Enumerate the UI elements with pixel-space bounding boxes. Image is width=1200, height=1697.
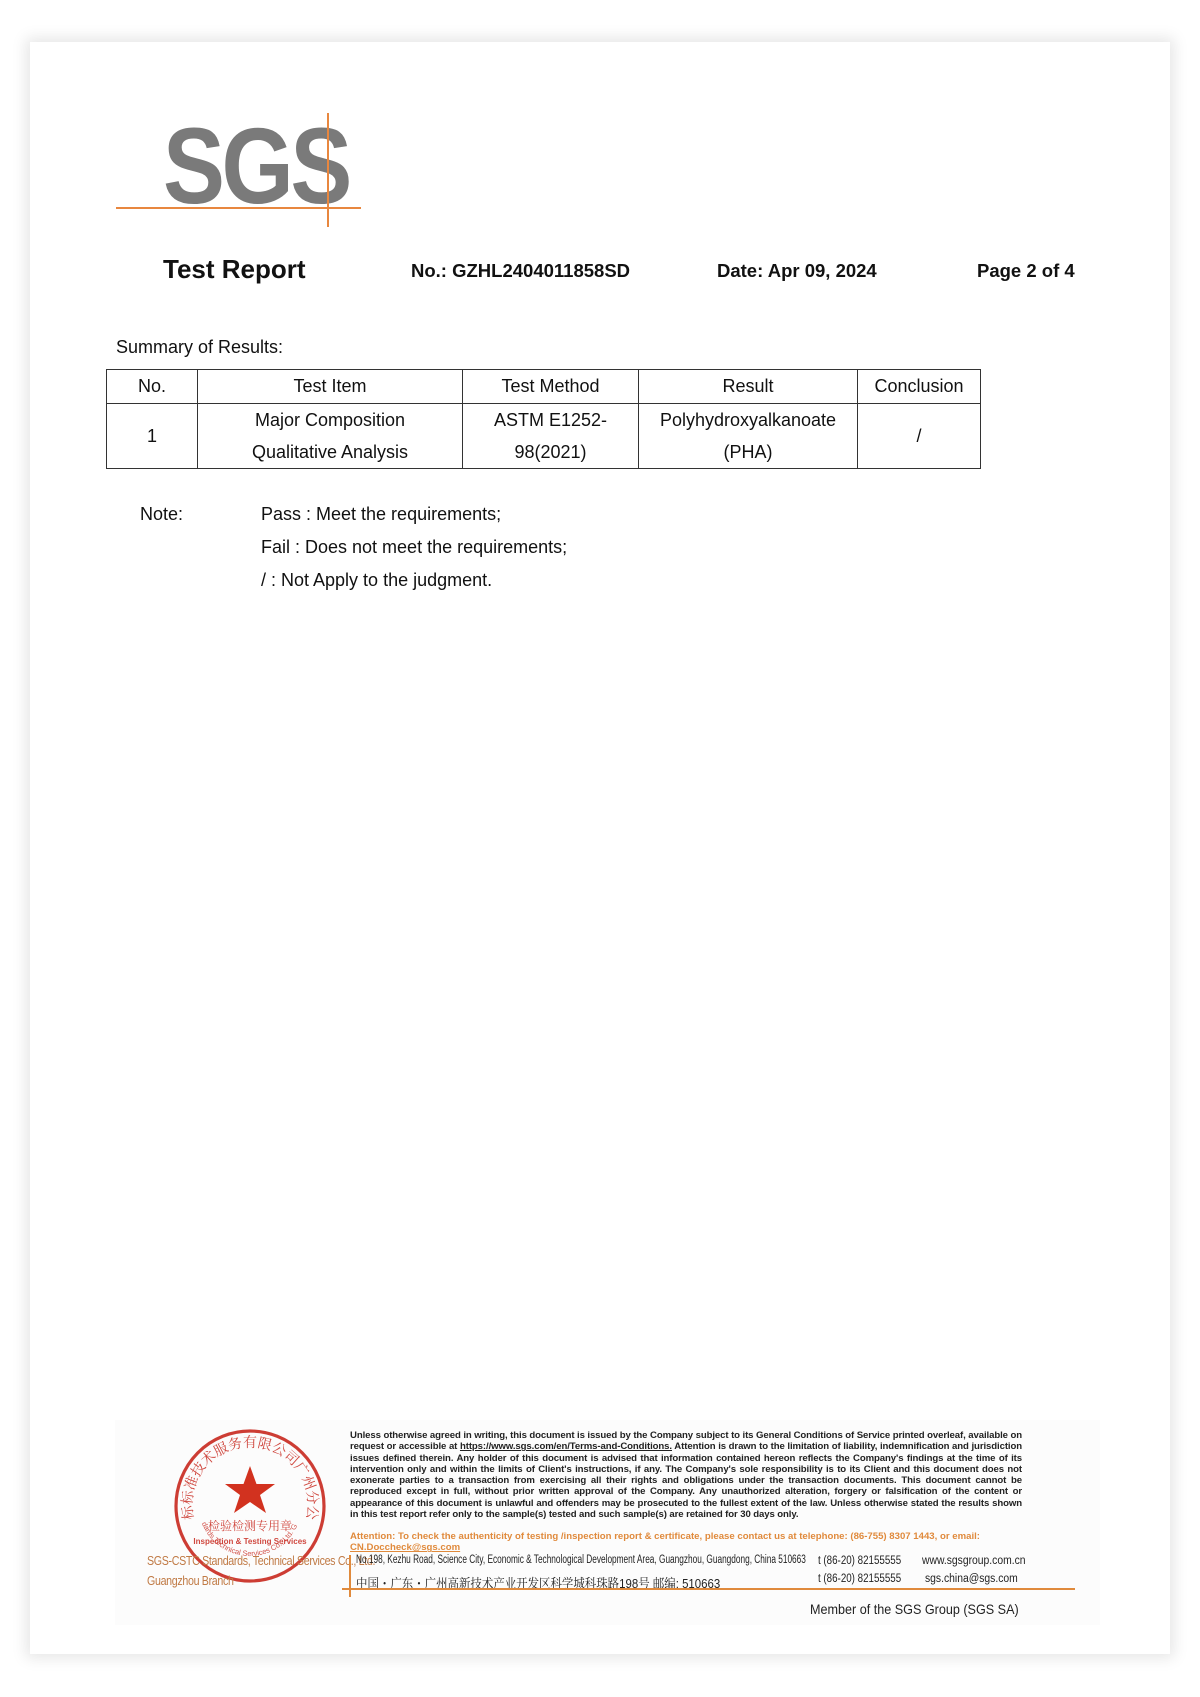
test-item-line: Major Composition [198,404,462,436]
result-line: Polyhydroxyalkanoate [639,404,857,436]
website-link[interactable]: www.sgsgroup.com.cn [922,1555,1026,1567]
note-pass: Pass : Meet the requirements; [261,504,501,525]
report-title: Test Report [163,254,306,285]
company-name: SGS-CSTC Standards, Technical Services C… [147,1553,375,1568]
attention-text: Attention: To check the authenticity of … [350,1531,980,1542]
address-english: No.198, Kezhu Road, Science City, Econom… [356,1554,806,1566]
stamp-inner-cn: 检验检测专用章 [208,1518,292,1533]
summary-heading: Summary of Results: [116,337,283,358]
cell-conclusion: / [858,404,981,469]
logo-vertical-rule [327,113,329,227]
authenticity-notice: Attention: To check the authenticity of … [350,1531,1040,1554]
footer-horizontal-rule [342,1588,1075,1590]
column-header-result: Result [639,370,858,404]
column-header-test-item: Test Item [198,370,463,404]
note-label: Note: [140,504,183,525]
page-indicator: Page 2 of 4 [977,260,1075,282]
note-not-apply: / : Not Apply to the judgment. [261,570,492,591]
table-row: 1 Major Composition Qualitative Analysis… [107,404,981,469]
column-header-no: No. [107,370,198,404]
test-item-line: Qualitative Analysis [198,436,462,468]
member-statement: Member of the SGS Group (SGS SA) [810,1601,1019,1617]
doccheck-email-link[interactable]: CN.Doccheck@sgs.com [350,1542,460,1553]
result-line: (PHA) [639,436,857,468]
table-header-row: No. Test Item Test Method Result Conclus… [107,370,981,404]
report-number: No.: GZHL2404011858SD [411,260,630,282]
stamp-ring-text-cn: 通标标准技术服务有限公司广州分公司 [172,1428,320,1521]
disclaimer-text: Attention is drawn to the limitation of … [350,1441,1022,1520]
column-header-conclusion: Conclusion [858,370,981,404]
test-method-line: 98(2021) [463,436,638,468]
sgs-logo: SGS [163,112,349,220]
results-table: No. Test Item Test Method Result Conclus… [106,369,981,469]
cell-test-item: Major Composition Qualitative Analysis [198,404,463,469]
cell-no: 1 [107,404,198,469]
stamp-inner-en: Inspection & Testing Services [193,1537,307,1546]
phone-1: t (86-20) 82155555 [818,1555,901,1567]
logo-horizontal-rule [116,207,361,209]
svg-text:通标标准技术服务有限公司广州分公司: 通标标准技术服务有限公司广州分公司 [172,1428,320,1521]
column-header-test-method: Test Method [463,370,639,404]
company-branch: Guangzhou Branch [147,1573,234,1588]
cell-test-method: ASTM E1252- 98(2021) [463,404,639,469]
footer-vertical-rule [349,1555,351,1597]
cell-result: Polyhydroxyalkanoate (PHA) [639,404,858,469]
phone-2: t (86-20) 82155555 [818,1573,901,1585]
legal-disclaimer: Unless otherwise agreed in writing, this… [350,1430,1022,1520]
contact-email-link[interactable]: sgs.china@sgs.com [925,1573,1018,1585]
note-fail: Fail : Does not meet the requirements; [261,537,567,558]
test-method-line: ASTM E1252- [463,404,638,436]
report-date: Date: Apr 09, 2024 [717,260,877,282]
terms-link[interactable]: https://www.sgs.com/en/Terms-and-Conditi… [460,1441,672,1452]
